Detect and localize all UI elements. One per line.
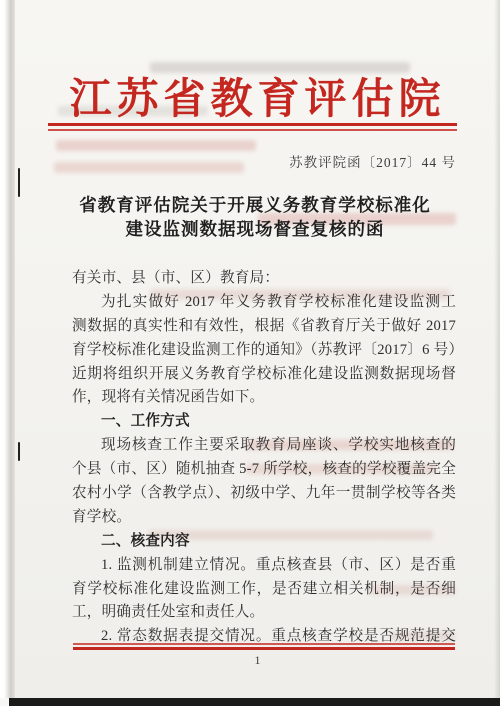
body-line: 作，现将有关情况函告如下。 bbox=[72, 386, 456, 410]
bleed-through-artifact bbox=[56, 140, 256, 151]
scan-edge-left bbox=[0, 0, 15, 706]
binding-mark bbox=[18, 168, 20, 197]
body-line: 育学校。 bbox=[72, 506, 456, 530]
body-line: 为扎实做好 2017 年义务教育学校标准化建设监测工作，确保监 bbox=[72, 291, 456, 315]
document-body: 有关市、县（市、区）教育局： 为扎实做好 2017 年义务教育学校标准化建设监测… bbox=[72, 267, 456, 649]
scan-corner-bottom-left bbox=[0, 698, 9, 706]
body-line: 工，明确责任处室和责任人。 bbox=[72, 601, 456, 625]
letterhead-rule-thin bbox=[48, 129, 457, 131]
scan-edge-bottom bbox=[9, 698, 500, 706]
section-heading-2: 二、核查内容 bbox=[72, 530, 456, 554]
document-title-line-2: 建设监测数据现场督查复核的函 bbox=[30, 216, 480, 241]
document-number: 苏教评院函〔2017〕44 号 bbox=[289, 151, 456, 171]
binding-mark bbox=[18, 442, 20, 461]
page-number: 1 bbox=[15, 653, 500, 668]
document-title-line-1: 省教育评估院关于开展义务教育学校标准化 bbox=[30, 192, 480, 217]
body-line-recipient: 有关市、县（市、区）教育局： bbox=[72, 267, 456, 291]
body-line: 农村小学（含教学点）、初级中学、九年一贯制学校等各类义务教 bbox=[72, 482, 456, 506]
body-line: 近期将组织开展义务教育学校标准化建设监测数据现场督查复核工 bbox=[72, 363, 456, 387]
body-line: 育学校标准化建设监测工作，是否建立相关机制，是否细化责任分 bbox=[72, 578, 456, 602]
letterhead-title: 江苏省教育评估院 bbox=[15, 66, 500, 126]
body-line: 育学校标准化建设监测工作的通知》（苏教评〔2017〕6 号）要求， bbox=[72, 339, 456, 363]
body-line: 现场核查工作主要采取教育局座谈、学校实地核查的方式。每 bbox=[72, 434, 456, 458]
body-line: 个县（市、区）随机抽查 5-7 所学校，核查的学校覆盖完全小学、 bbox=[72, 458, 456, 482]
scanned-document-page: 江苏省教育评估院 苏教评院函〔2017〕44 号 省教育评估院关于开展义务教育学… bbox=[0, 0, 500, 706]
footer-rule-thick bbox=[73, 647, 455, 650]
bleed-through-artifact bbox=[54, 162, 244, 173]
body-line: 测数据的真实性和有效性，根据《省教育厅关于做好 2017 年义务教 bbox=[72, 315, 456, 339]
letterhead-rule-thick bbox=[48, 123, 457, 126]
body-line: 2. 常态数据表提交情况。重点核查学校是否规范提交《义务教 bbox=[72, 625, 456, 649]
body-line: 1. 监测机制建立情况。重点核查县（市、区）是否重视义务教 bbox=[72, 554, 456, 578]
footer-rule-thin bbox=[73, 643, 455, 645]
section-heading-1: 一、工作方式 bbox=[72, 410, 456, 434]
